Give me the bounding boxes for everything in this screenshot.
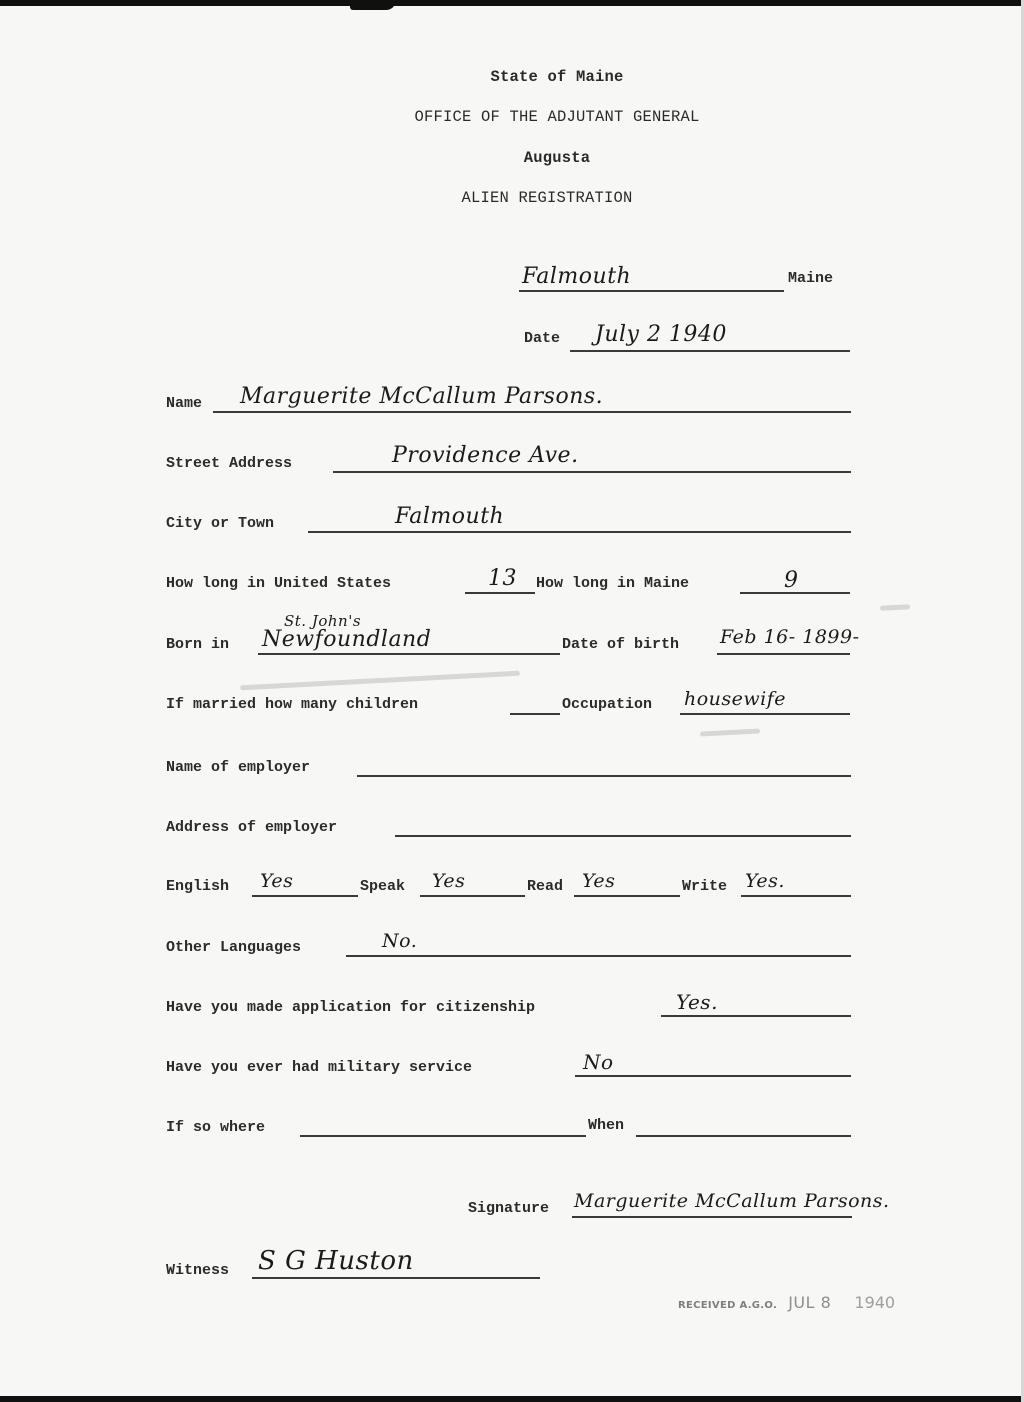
occupation-value: housewife	[684, 688, 786, 710]
how-long-us-label: How long in United States	[166, 575, 391, 592]
military-service-value: No	[583, 1050, 614, 1074]
citizenship-value: Yes.	[676, 990, 718, 1014]
other-languages-label: Other Languages	[166, 939, 301, 956]
date-of-birth-line	[717, 653, 850, 655]
signature-label: Signature	[468, 1200, 549, 1217]
witness-value: S G Huston	[258, 1246, 414, 1276]
city-town-line	[308, 531, 851, 533]
place-line	[519, 290, 784, 292]
place-suffix: Maine	[788, 270, 833, 287]
employer-name-label: Name of employer	[166, 759, 310, 776]
header-state: State of Maine	[0, 68, 1024, 86]
received-stamp-date: JUL 8	[788, 1293, 831, 1312]
street-address-value: Providence Ave.	[392, 443, 579, 468]
scan-tab-mark	[350, 0, 396, 10]
read-value: Yes	[582, 870, 615, 892]
street-address-label: Street Address	[166, 455, 292, 472]
date-label: Date	[524, 330, 560, 347]
street-address-line	[333, 471, 851, 473]
city-town-label: City or Town	[166, 515, 274, 532]
witness-line	[252, 1277, 540, 1279]
received-stamp-text: RECEIVED A.G.O.	[678, 1300, 777, 1311]
citizenship-line	[661, 1015, 851, 1017]
date-of-birth-label: Date of birth	[562, 636, 679, 653]
other-languages-value: No.	[382, 930, 417, 952]
date-value: July 2 1940	[595, 322, 727, 347]
children-label: If married how many children	[166, 696, 418, 713]
header-office: OFFICE OF THE ADJUTANT GENERAL	[0, 108, 1024, 126]
witness-label: Witness	[166, 1262, 229, 1279]
date-line	[570, 350, 850, 352]
scan-smudge	[880, 604, 910, 611]
how-long-us-value: 13	[488, 566, 517, 591]
speak-line	[420, 895, 525, 897]
name-line	[213, 411, 851, 413]
write-label: Write	[682, 878, 727, 895]
name-value: Marguerite McCallum Parsons.	[240, 384, 603, 409]
signature-value: Marguerite McCallum Parsons.	[574, 1190, 890, 1212]
scan-smudge	[240, 671, 520, 691]
speak-value: Yes	[432, 870, 465, 892]
other-languages-line	[346, 955, 851, 957]
employer-name-line	[357, 775, 851, 777]
place-value: Falmouth	[522, 264, 631, 289]
english-value: Yes	[260, 870, 293, 892]
received-stamp: RECEIVED A.G.O. JUL 8 1940	[678, 1293, 895, 1312]
if-so-where-line	[300, 1135, 586, 1137]
write-line	[741, 895, 851, 897]
header-city: Augusta	[0, 149, 1024, 167]
received-stamp-year: 1940	[854, 1293, 895, 1312]
read-line	[574, 895, 680, 897]
read-label: Read	[527, 878, 563, 895]
military-service-line	[575, 1075, 851, 1077]
city-town-value: Falmouth	[395, 504, 504, 529]
english-line	[252, 895, 358, 897]
how-long-maine-label: How long in Maine	[536, 575, 689, 592]
born-in-line	[258, 653, 560, 655]
born-in-label: Born in	[166, 636, 229, 653]
name-label: Name	[166, 395, 202, 412]
form-title: ALIEN REGISTRATION	[0, 189, 1024, 207]
employer-address-label: Address of employer	[166, 819, 337, 836]
scan-border-bottom	[0, 1396, 1024, 1402]
speak-label: Speak	[360, 878, 405, 895]
born-in-value: Newfoundland	[262, 627, 431, 652]
military-service-label: Have you ever had military service	[166, 1059, 472, 1076]
children-line	[510, 713, 560, 715]
write-value: Yes.	[745, 870, 785, 892]
occupation-label: Occupation	[562, 696, 652, 713]
how-long-us-line	[465, 592, 535, 594]
occupation-line	[680, 713, 850, 715]
english-label: English	[166, 878, 229, 895]
when-line	[636, 1135, 851, 1137]
if-so-where-label: If so where	[166, 1119, 265, 1136]
signature-line	[572, 1216, 852, 1218]
when-label: When	[588, 1117, 624, 1134]
how-long-maine-value: 9	[784, 568, 799, 593]
date-of-birth-value: Feb 16- 1899-	[720, 626, 860, 648]
citizenship-label: Have you made application for citizenshi…	[166, 999, 535, 1016]
scan-border-top	[0, 0, 1024, 6]
employer-address-line	[395, 835, 851, 837]
scan-smudge	[700, 728, 760, 736]
